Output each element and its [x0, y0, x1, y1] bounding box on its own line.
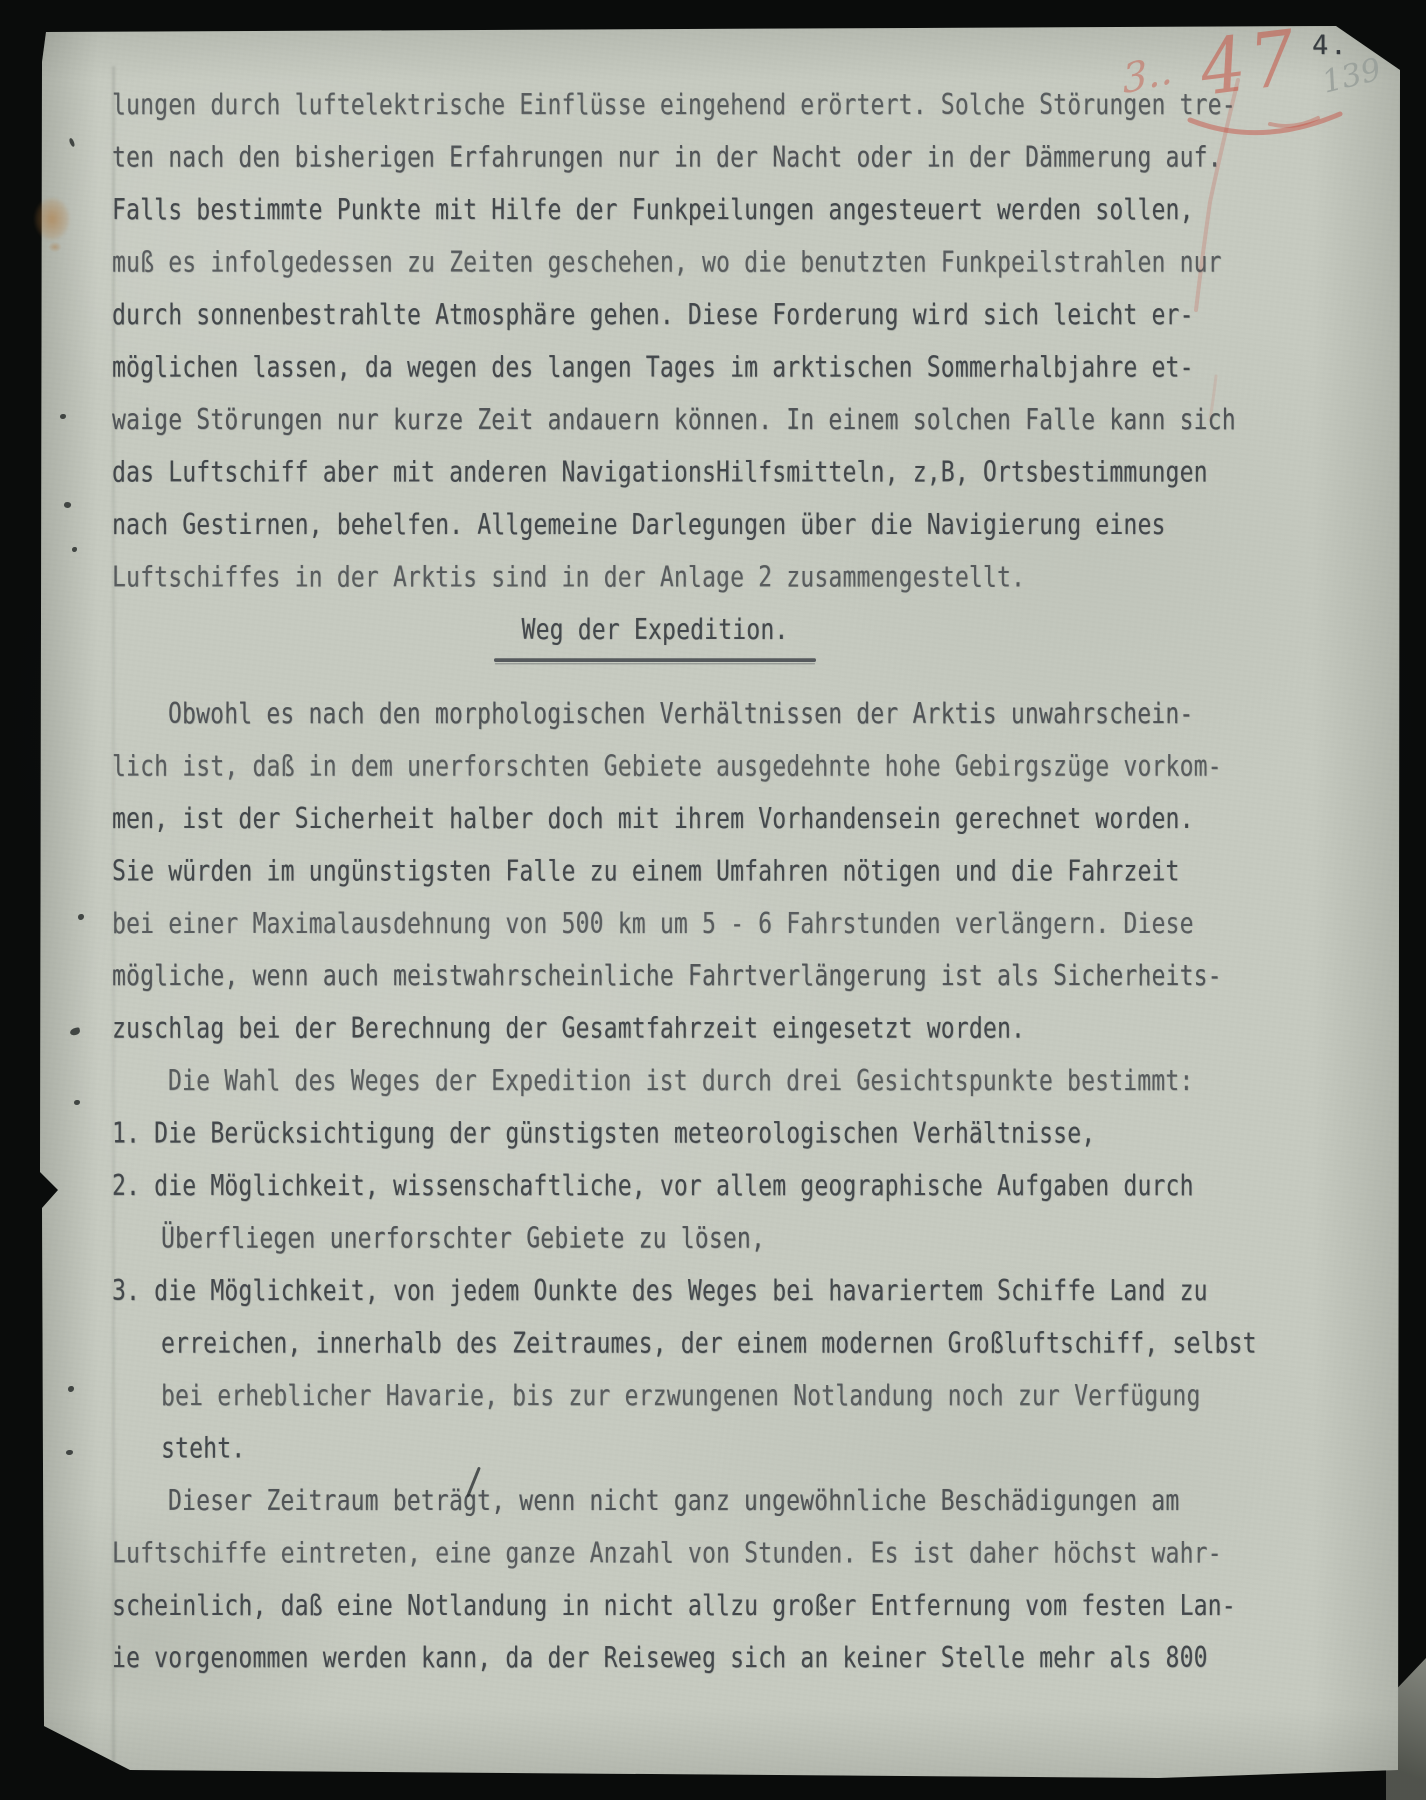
line-text: 2. die Möglichkeit, wissenschaftliche, v… — [112, 1171, 1194, 1203]
text-line: nach Gestirnen, behelfen. Allgemeine Dar… — [112, 500, 1262, 552]
line-text: ten nach den bisherigen Erfahrungen nur … — [112, 142, 1222, 174]
text-line: 3. die Möglichkeit, von jedem Ounkte des… — [112, 1266, 1262, 1318]
line-text: bei einer Maximalausdehnung von 500 km u… — [112, 908, 1194, 940]
text-line: men, ist der Sicherheit halber doch mit … — [112, 794, 1262, 846]
heading-underline — [494, 658, 816, 662]
line-text: erreichen, innerhalb des Zeitraumes, der… — [161, 1328, 1257, 1360]
line-text: bei erheblicher Havarie, bis zur erzwung… — [161, 1381, 1201, 1413]
line-text: lich ist, daß in dem unerforschten Gebie… — [112, 751, 1222, 783]
line-text: zuschlag bei der Berechnung der Gesamtfa… — [112, 1013, 1025, 1045]
text-line: waige Störungen nur kurze Zeit andauern … — [112, 395, 1262, 447]
line-text: muß es infolgedessen zu Zeiten geschehen… — [112, 247, 1222, 279]
text-line: steht. — [112, 1423, 1262, 1475]
line-text: men, ist der Sicherheit halber doch mit … — [112, 803, 1194, 835]
line-text: Falls bestimmte Punkte mit Hilfe der Fun… — [112, 195, 1194, 227]
text-line: Luftschiffes in der Arktis sind in der A… — [112, 552, 1262, 604]
line-text: möglichen lassen, da wegen des langen Ta… — [112, 352, 1194, 384]
text-line: Die Wahl des Weges der Expedition ist du… — [112, 1056, 1262, 1108]
line-text: steht. — [161, 1433, 245, 1465]
text-line: erreichen, innerhalb des Zeitraumes, der… — [112, 1318, 1262, 1370]
line-text: Dieser Zeitraum beträgt, wenn nicht ganz… — [168, 1485, 1179, 1517]
line-text: waige Störungen nur kurze Zeit andauern … — [112, 405, 1236, 437]
line-text: Überfliegen unerforschter Gebiete zu lös… — [161, 1223, 765, 1255]
line-text: mögliche, wenn auch meistwahrscheinliche… — [112, 961, 1222, 993]
line-text: Die Wahl des Weges der Expedition ist du… — [168, 1066, 1193, 1098]
line-text: durch sonnenbestrahlte Atmosphäre gehen.… — [112, 300, 1194, 332]
text-line: Luftschiffe eintreten, eine ganze Anzahl… — [112, 1528, 1262, 1580]
text-line: scheinlich, daß eine Notlandung in nicht… — [112, 1581, 1262, 1633]
text-line: lich ist, daß in dem unerforschten Gebie… — [112, 741, 1262, 793]
line-text: 3. die Möglichkeit, von jedem Ounkte des… — [112, 1276, 1208, 1308]
rust-stain-small — [46, 240, 64, 254]
text-line: Dieser Zeitraum beträgt, wenn nicht ganz… — [112, 1476, 1262, 1528]
scanned-document-page: 4. 3.. 47 139 lungen durch luftelektrisc… — [0, 0, 1426, 1800]
line-text: Luftschiffes in der Arktis sind in der A… — [112, 562, 1025, 594]
text-line: 1. Die Berücksichtigung der günstigsten … — [112, 1108, 1262, 1160]
text-line: Überfliegen unerforschter Gebiete zu lös… — [112, 1213, 1262, 1265]
line-text: ie vorgenommen werden kann, da der Reise… — [112, 1643, 1208, 1675]
text-line: Sie würden im ungünstigsten Falle zu ein… — [112, 846, 1262, 898]
line-text: lungen durch luftelektrische Einflüsse e… — [112, 90, 1236, 122]
text-line: möglichen lassen, da wegen des langen Ta… — [112, 342, 1262, 394]
text-line: bei erheblicher Havarie, bis zur erzwung… — [112, 1371, 1262, 1423]
text-line: das Luftschiff aber mit anderen Navigati… — [112, 447, 1262, 499]
line-text: Weg der Expedition. — [522, 614, 789, 646]
text-line: Falls bestimmte Punkte mit Hilfe der Fun… — [112, 185, 1262, 237]
text-line: bei einer Maximalausdehnung von 500 km u… — [112, 899, 1262, 951]
text-line: durch sonnenbestrahlte Atmosphäre gehen.… — [112, 290, 1262, 342]
text-line: 2. die Möglichkeit, wissenschaftliche, v… — [112, 1161, 1262, 1213]
line-text: 1. Die Berücksichtigung der günstigsten … — [112, 1118, 1095, 1150]
line-text: nach Gestirnen, behelfen. Allgemeine Dar… — [112, 509, 1166, 541]
page-number: 4. — [1312, 30, 1349, 61]
text-line: mögliche, wenn auch meistwahrscheinliche… — [112, 951, 1262, 1003]
text-line: Obwohl es nach den morphologischen Verhä… — [112, 689, 1262, 741]
text-block: lungen durch luftelektrische Einflüsse e… — [112, 80, 1262, 1686]
text-line: zuschlag bei der Berechnung der Gesamtfa… — [112, 1004, 1262, 1056]
text-line: ten nach den bisherigen Erfahrungen nur … — [112, 132, 1262, 184]
line-text: scheinlich, daß eine Notlandung in nicht… — [112, 1590, 1236, 1622]
line-text: Sie würden im ungünstigsten Falle zu ein… — [112, 856, 1180, 888]
section-heading: Weg der Expedition. — [112, 605, 1262, 662]
line-text: das Luftschiff aber mit anderen Navigati… — [112, 457, 1208, 489]
line-text: Luftschiffe eintreten, eine ganze Anzahl… — [112, 1538, 1222, 1570]
text-line: lungen durch luftelektrische Einflüsse e… — [112, 80, 1262, 132]
text-line: ie vorgenommen werden kann, da der Reise… — [112, 1633, 1262, 1685]
text-line: muß es infolgedessen zu Zeiten geschehen… — [112, 237, 1262, 289]
line-text: Obwohl es nach den morphologischen Verhä… — [168, 699, 1193, 731]
